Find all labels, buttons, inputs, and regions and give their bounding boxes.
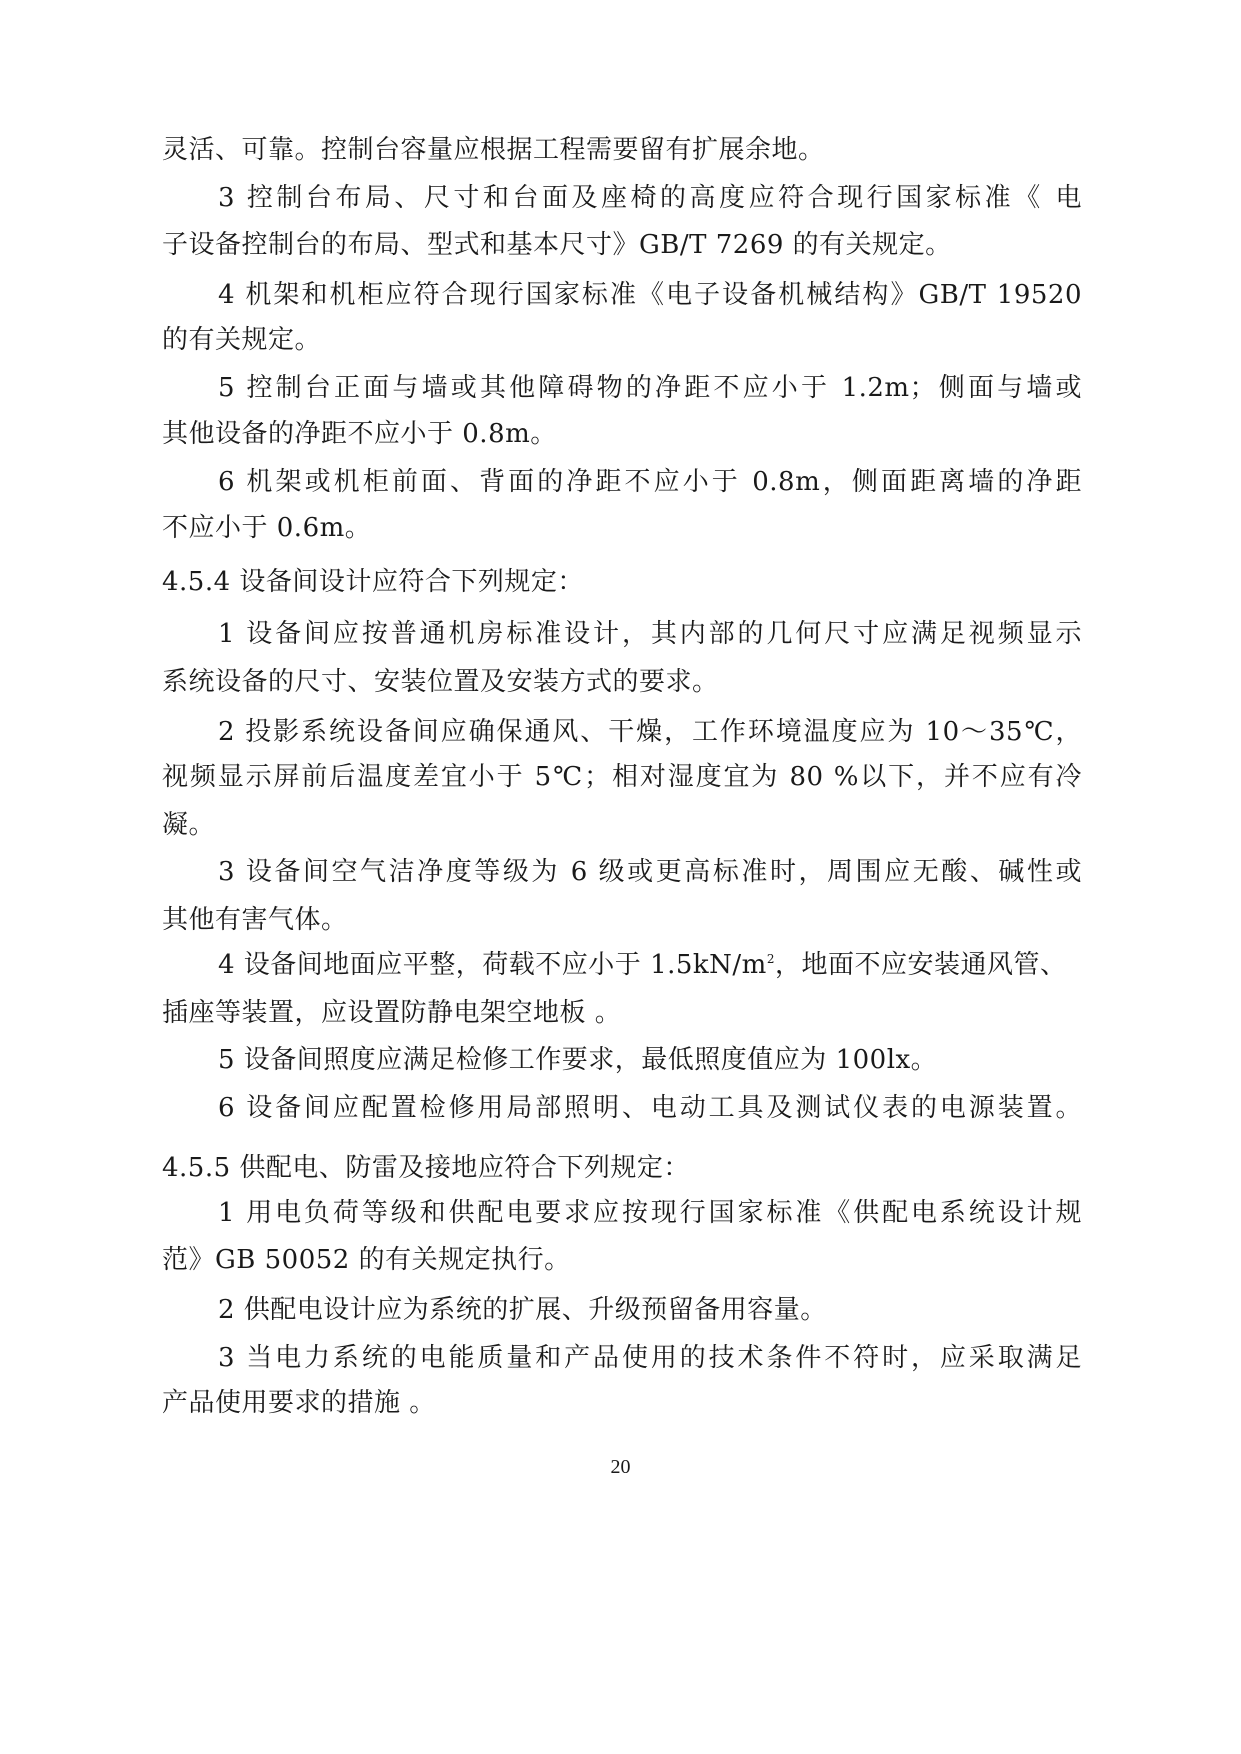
- section-heading-4-5-4: 4.5.4 设备间设计应符合下列规定：: [162, 562, 1082, 602]
- clause-4-line: 4 设备间地面应平整，荷载不应小于 1.5kN/m2，地面不应安装通风管、: [218, 945, 1082, 985]
- clause-5-line: 5 控制台正面与墙或其他障碍物的净距不应小于 1.2m；侧面与墙或: [218, 368, 1082, 408]
- clause-1-line: 1 设备间应按普通机房标准设计，其内部的几何尺寸应满足视频显示: [218, 614, 1082, 654]
- clause-1-line: 1 用电负荷等级和供配电要求应按现行国家标准《供配电系统设计规: [218, 1193, 1082, 1233]
- clause-6-line: 6 设备间应配置检修用局部照明、电动工具及测试仪表的电源装置。: [218, 1088, 1082, 1128]
- page-number: 20: [0, 1452, 1241, 1482]
- paragraph-line: 不应小于 0.6m。: [162, 508, 1082, 548]
- paragraph-line: 插座等装置，应设置防静电架空地板 。: [162, 993, 1082, 1033]
- paragraph-line: 视频显示屏前后温度差宜小于 5℃；相对湿度宜为 80 %以下，并不应有冷: [162, 757, 1082, 797]
- clause-text: ，地面不应安装通风管、: [775, 950, 1067, 980]
- paragraph-line: 范》GB 50052 的有关规定执行。: [162, 1240, 1082, 1280]
- paragraph-line: 其他设备的净距不应小于 0.8m。: [162, 414, 1082, 454]
- paragraph-line: 子设备控制台的布局、型式和基本尺寸》GB/T 7269 的有关规定。: [162, 225, 1082, 265]
- clause-4-line: 4 机架和机柜应符合现行国家标准《电子设备机械结构》GB/T 19520: [218, 275, 1082, 315]
- paragraph-line: 系统设备的尺寸、安装位置及安装方式的要求。: [162, 662, 1082, 702]
- paragraph-line: 其他有害气体。: [162, 900, 1082, 940]
- section-heading-4-5-5: 4.5.5 供配电、防雷及接地应符合下列规定：: [162, 1148, 1082, 1188]
- clause-5-line: 5 设备间照度应满足检修工作要求，最低照度值应为 100lx。: [218, 1040, 1082, 1080]
- superscript: 2: [767, 952, 775, 966]
- paragraph-line: 凝。: [162, 805, 1082, 845]
- paragraph-line: 灵活、可靠。控制台容量应根据工程需要留有扩展余地。: [162, 130, 1082, 170]
- paragraph-line: 的有关规定。: [162, 320, 1082, 360]
- clause-3-line: 3 控制台布局、尺寸和台面及座椅的高度应符合现行国家标准《 电: [218, 178, 1082, 218]
- clause-2-line: 2 供配电设计应为系统的扩展、升级预留备用容量。: [218, 1290, 1082, 1330]
- clause-3-line: 3 当电力系统的电能质量和产品使用的技术条件不符时，应采取满足: [218, 1338, 1082, 1378]
- clause-6-line: 6 机架或机柜前面、背面的净距不应小于 0.8m，侧面距离墙的净距: [218, 462, 1082, 502]
- paragraph-line: 产品使用要求的措施 。: [162, 1383, 1082, 1423]
- clause-3-line: 3 设备间空气洁净度等级为 6 级或更高标准时，周围应无酸、碱性或: [218, 852, 1082, 892]
- clause-2-line: 2 投影系统设备间应确保通风、干燥，工作环境温度应为 10～35℃，: [218, 712, 1082, 752]
- document-page: 灵活、可靠。控制台容量应根据工程需要留有扩展余地。 3 控制台布局、尺寸和台面及…: [0, 0, 1241, 1754]
- clause-text: 4 设备间地面应平整，荷载不应小于 1.5kN/m: [218, 950, 767, 980]
